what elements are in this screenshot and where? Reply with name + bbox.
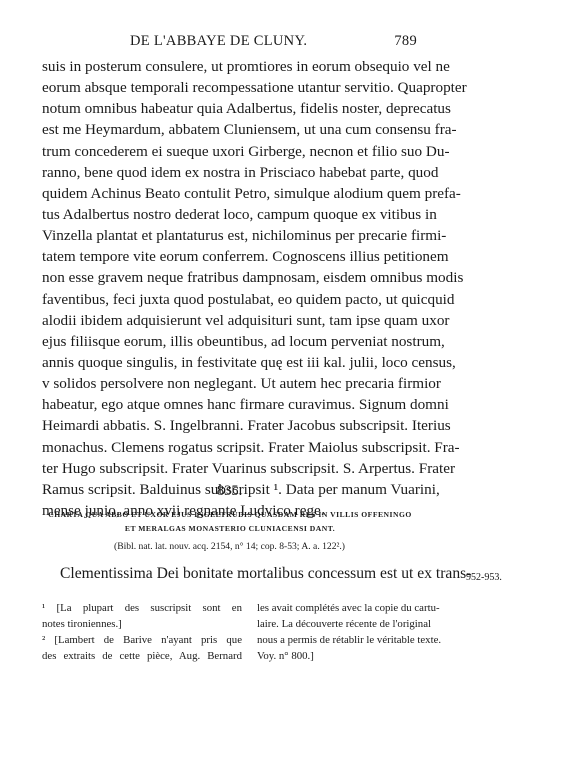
charter-title: CHARTA QUA ABBO ET UXOR EJUS INGELTRUDIS…: [30, 508, 430, 536]
page-number: 789: [394, 33, 417, 50]
margin-date: 952-953.: [466, 572, 502, 583]
body-line: notum omnibus habeatur quia Adalbertus, …: [42, 98, 416, 119]
footnote-line: notes tironiennes.]: [42, 616, 242, 632]
body-line: est me Heymardum, abbatem Cluniensem, ut…: [42, 119, 416, 140]
footnote-line: ¹ [La plupart des suscripsit sont en: [42, 600, 242, 616]
running-head-title: DE L'ABBAYE DE CLUNY.: [130, 33, 307, 50]
body-line: v solidos persolvere non neglegant. Ut a…: [42, 373, 416, 394]
book-page: DE L'ABBAYE DE CLUNY. 789 suis in poster…: [0, 0, 565, 775]
footnote-line: Voy. n° 800.]: [257, 648, 417, 664]
body-line: eorum absque temporali recompessatione u…: [42, 77, 416, 98]
body-line: trum concederem ei sueque uxori Girberge…: [42, 141, 416, 162]
body-line: ranno, bene quod idem ex nostra in Prisc…: [42, 162, 416, 183]
body-line: ter Hugo subscripsit. Frater Vuarinus su…: [42, 458, 416, 479]
body-line: tatem tempore vite eorum conferrem. Cogn…: [42, 246, 416, 267]
body-line: annis quoque singulis, in festivitate qu…: [42, 352, 416, 373]
body-line: habeatur, ego atque omnes hanc firmare c…: [42, 394, 416, 415]
footnotes-left-column: ¹ [La plupart des suscripsit sont en not…: [42, 600, 242, 664]
body-text: suis in posterum consulere, ut promtiore…: [42, 56, 416, 521]
body-line: alodii ibidem adquisierunt vel adquisitu…: [42, 310, 416, 331]
charter-number: 835.: [42, 483, 417, 500]
charter-title-line: CHARTA QUA ABBO ET UXOR EJUS INGELTRUDIS…: [30, 508, 430, 522]
body-line: suis in posterum consulere, ut promtiore…: [42, 56, 416, 77]
charter-title-line: ET MERALGAS MONASTERIO CLUNIACENSI DANT.: [30, 522, 430, 536]
charter-incipit: Clementissima Dei bonitate mortalibus co…: [60, 565, 420, 583]
body-line: ejus filiisque eorum, illis obeuntibus, …: [42, 331, 416, 352]
running-head: DE L'ABBAYE DE CLUNY. 789: [42, 33, 417, 53]
body-line: non esse gravem neque fratribus dampnosa…: [42, 267, 416, 288]
body-line: Heimardi abbatis. S. Ingelbranni. Frater…: [42, 415, 416, 436]
body-line: Vinzella plantat et plantaturus est, nic…: [42, 225, 416, 246]
footnote-line: ² [Lambert de Barive n'ayant pris que: [42, 632, 242, 648]
footnote-line: les avait complétés avec la copie du car…: [257, 600, 417, 616]
body-line: tus Adalbertus nostro dederat loco, camp…: [42, 204, 416, 225]
footnote-line: des extraits de cette pièce, Aug. Bernar…: [42, 648, 242, 664]
body-line: faventibus, feci juxta quod postulabat, …: [42, 289, 416, 310]
charter-source: (Bibl. nat. lat. nouv. acq. 2154, n° 14;…: [42, 541, 417, 552]
footnote-line: nous a permis de rétablir le véritable t…: [257, 632, 417, 648]
body-line: quidem Achinus Beato contulit Petro, sim…: [42, 183, 416, 204]
footnotes-right-column: les avait complétés avec la copie du car…: [257, 600, 417, 664]
footnote-line: laire. La découverte récente de l'origin…: [257, 616, 417, 632]
body-line: monachus. Clemens rogatus scripsit. Frat…: [42, 437, 416, 458]
